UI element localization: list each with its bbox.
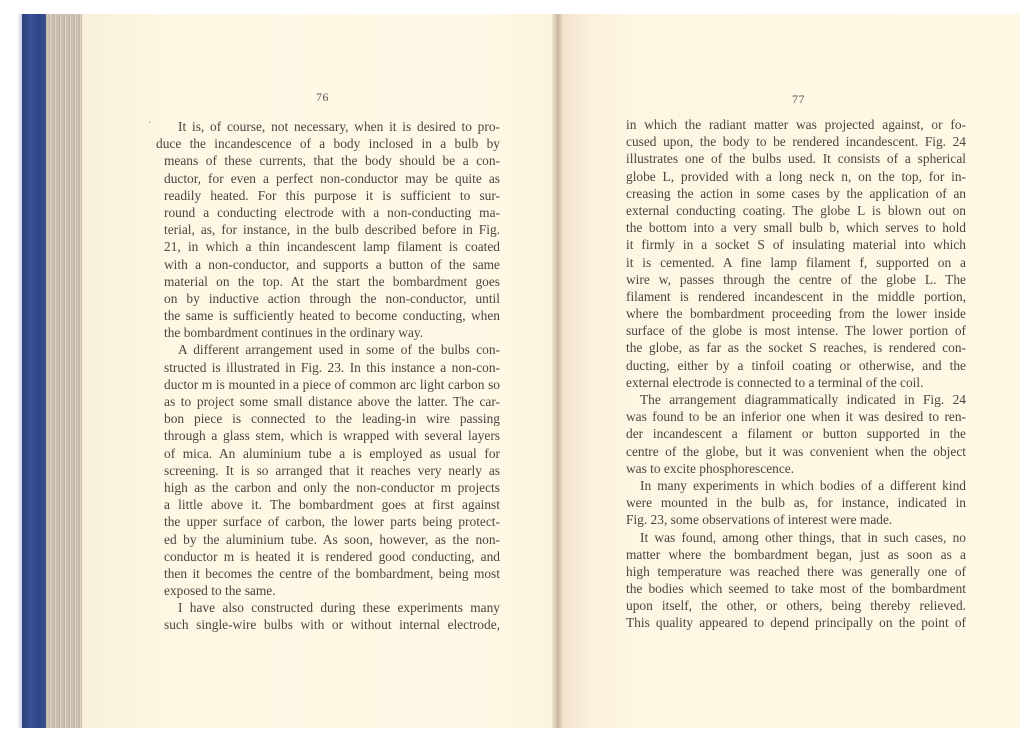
text-line: structed is illustrated in Fig. 23. In t… <box>164 359 500 376</box>
text-line: terial, as, for instance, in the bulb de… <box>164 221 500 238</box>
text-line: ducting, either by a tinfoil coating or … <box>626 357 966 374</box>
text-line: through a glass stem, which is wrapped w… <box>164 427 500 444</box>
text-line: It is, of course, not necessary, when it… <box>164 118 500 135</box>
page-number-right: 77 <box>792 92 805 107</box>
text-line: centre of the globe, but it was convenie… <box>626 443 966 460</box>
text-line: the bottom into a very small bulb b, whi… <box>626 219 966 236</box>
text-line: was found to be an inferior one when it … <box>626 408 966 425</box>
text-line: readily heated. For this purpose it is s… <box>164 187 500 204</box>
text-line: the globe, as far as the socket S reache… <box>626 339 966 356</box>
text-line: a little above it. The bombardment goes … <box>164 496 500 513</box>
text-line: creasing the action in some cases by the… <box>626 185 966 202</box>
text-line: 21, in which a thin incandescent lamp fi… <box>164 238 500 255</box>
text-line: screening. It is so arranged that it rea… <box>164 462 500 479</box>
text-line: it is cemented. A fine lamp filament f, … <box>626 254 966 271</box>
text-line: on by inductive action through the non-c… <box>164 290 500 307</box>
book-spine <box>22 14 46 728</box>
text-line: it firmly in a socket S of insulating ma… <box>626 236 966 253</box>
text-line: I have also constructed during these exp… <box>164 599 500 616</box>
text-line: der incandescent a filament or button su… <box>626 425 966 442</box>
text-line: surface of the globe is most intense. Th… <box>626 322 966 339</box>
text-line: illustrates one of the bulbs used. It co… <box>626 150 966 167</box>
text-line: means of these currents, that the body s… <box>164 152 500 169</box>
text-line: round a conducting electrode with a non-… <box>164 204 500 221</box>
text-line: A different arrangement used in some of … <box>164 341 500 358</box>
text-line: the upper surface of carbon, the lower p… <box>164 513 500 530</box>
text-line: The arrangement diagrammatically indicat… <box>626 391 966 408</box>
text-line: were mounted in the bulb as, for instanc… <box>626 494 966 511</box>
page-number-left: 76 <box>316 90 329 105</box>
text-line: cused upon, the body to be rendered inca… <box>626 133 966 150</box>
text-line: It was found, among other things, that i… <box>626 529 966 546</box>
text-line: exposed to the same. <box>164 582 500 599</box>
text-line: was to excite phosphorescence. <box>626 460 966 477</box>
stray-mark: · <box>148 118 151 129</box>
text-line: external electrode is connected to a ter… <box>626 374 966 391</box>
gutter-shadow <box>552 14 562 728</box>
text-line: This quality appeared to depend principa… <box>626 614 966 631</box>
text-line: where the bombardment proceeding from th… <box>626 305 966 322</box>
left-page-text: It is, of course, not necessary, when it… <box>164 118 500 634</box>
text-line: of mica. An aluminium tube a is employed… <box>164 445 500 462</box>
text-line: conductor m is heated it is rendered goo… <box>164 548 500 565</box>
text-line: the same is sufficiently heated to becom… <box>164 307 500 324</box>
text-line: then it becomes the centre of the bombar… <box>164 565 500 582</box>
text-line: as to project some small distance above … <box>164 393 500 410</box>
right-page: 77 in which the radiant matter was proje… <box>562 14 1020 728</box>
text-line: matter where the bombardment began, just… <box>626 546 966 563</box>
text-line: high temperature was reached there was g… <box>626 563 966 580</box>
text-line: bon piece is connected to the leading-in… <box>164 410 500 427</box>
text-line: ductor, for even a perfect non-conductor… <box>164 170 500 187</box>
text-line: In many experiments in which bodies of a… <box>626 477 966 494</box>
text-line: with a non-conductor, and supports a but… <box>164 256 500 273</box>
text-line: high as the carbon and only the non-cond… <box>164 479 500 496</box>
page-edges <box>46 14 82 728</box>
text-line: the bombardment continues in the ordinar… <box>164 324 500 341</box>
text-line: wire w, passes through the centre of the… <box>626 271 966 288</box>
left-page: 76 It is, of course, not necessary, when… <box>82 14 552 728</box>
right-page-text: in which the radiant matter was projecte… <box>626 116 966 632</box>
text-line: filament is rendered incandescent in the… <box>626 288 966 305</box>
text-line: upon itself, the other, or others, being… <box>626 597 966 614</box>
text-line: Fig. 23, some observations of interest w… <box>626 511 966 528</box>
text-line: globe L, provided with a long neck n, on… <box>626 168 966 185</box>
text-line: the bodies which seemed to take most of … <box>626 580 966 597</box>
text-line: ed by the aluminium tube. As soon, howev… <box>164 531 500 548</box>
book-spread: 76 It is, of course, not necessary, when… <box>22 14 1020 728</box>
text-line: such single-wire bulbs with or without i… <box>164 616 500 633</box>
text-line: duce the incandescence of a body inclose… <box>156 135 500 152</box>
text-line: in which the radiant matter was projecte… <box>626 116 966 133</box>
text-line: external conducting coating. The globe L… <box>626 202 966 219</box>
text-line: material on the top. At the start the bo… <box>164 273 500 290</box>
text-line: ductor m is mounted in a piece of common… <box>164 376 500 393</box>
